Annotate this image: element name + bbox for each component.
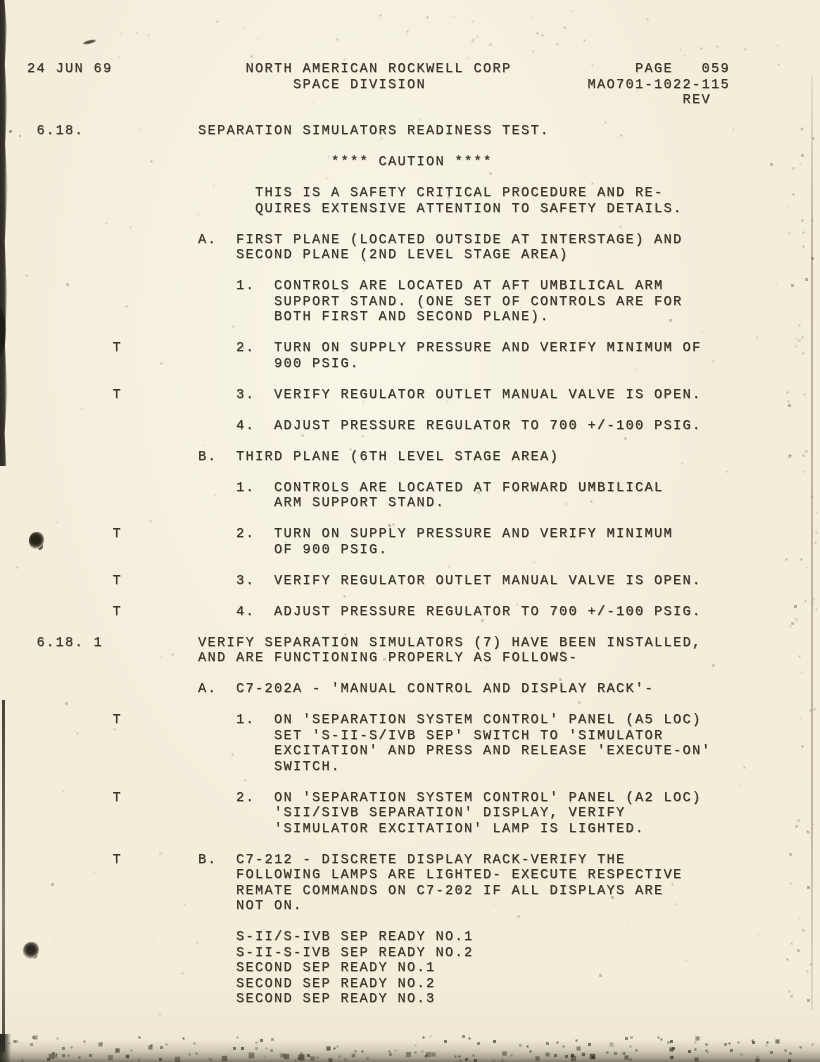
doc-line: BOTH FIRST AND SECOND PLANE).	[0, 310, 820, 326]
doc-line: A.C7-202A - 'MANUAL CONTROL AND DISPLAY …	[0, 682, 820, 698]
page-label: PAGE	[635, 62, 673, 78]
doc-line: 900 PSIG.	[0, 357, 820, 373]
step-number: 4.	[236, 605, 255, 621]
lamp-name: SECOND SEP READY NO.2	[236, 977, 436, 993]
doc-line: 'SII/SIVB SEPARATION' DISPLAY, VERIFY	[0, 806, 820, 822]
doc-line: T3.VERIFY REGULATOR OUTLET MANUAL VALVE …	[0, 388, 820, 404]
doc-line: T2.TURN ON SUPPLY PRESSURE AND VERIFY MI…	[0, 527, 820, 543]
item-letter: B.	[198, 450, 217, 466]
t-marker: T	[113, 341, 123, 357]
stray-dot	[9, 130, 12, 133]
caution-text: THIS IS A SAFETY CRITICAL PROCEDURE AND …	[255, 186, 664, 202]
doc-line: 24 JUN 69NORTH AMERICAN ROCKWELL CORPPAG…	[0, 62, 820, 78]
doc-line: B.THIRD PLANE (6TH LEVEL STAGE AREA)	[0, 450, 820, 466]
t-marker: T	[113, 791, 123, 807]
t-marker: T	[113, 853, 123, 869]
doc-line: TB.C7-212 - DISCRETE DISPLAY RACK-VERIFY…	[0, 853, 820, 869]
step-text: ON 'SEPARATION SYSTEM CONTROL' PANEL (A5…	[274, 713, 702, 729]
step-number: 2.	[236, 791, 255, 807]
step-number: 3.	[236, 388, 255, 404]
item-letter: B.	[198, 853, 217, 869]
step-number: 1.	[236, 279, 255, 295]
doc-line: SECOND SEP READY NO.1	[0, 961, 820, 977]
doc-line: T3.VERIFY REGULATOR OUTLET MANUAL VALVE …	[0, 574, 820, 590]
section-number: 6.18.	[37, 124, 85, 140]
step-text: ADJUST PRESSURE REGULATOR TO 700 +/-100 …	[274, 605, 702, 621]
doc-line: **** CAUTION ****	[0, 155, 820, 171]
lamp-name: SECOND SEP READY NO.3	[236, 992, 436, 1008]
step-number: 2.	[236, 341, 255, 357]
section-number: 6.18. 1	[37, 636, 104, 652]
t-marker: T	[113, 605, 123, 621]
doc-line: 4.ADJUST PRESSURE REGULATOR TO 700 +/-10…	[0, 419, 820, 435]
doc-line: NOT ON.	[0, 899, 820, 915]
caution-text: QUIRES EXTENSIVE ATTENTION TO SAFETY DET…	[255, 202, 683, 218]
item-text: REMATE COMMANDS ON C7-202 IF ALL DISPLAY…	[236, 884, 664, 900]
doc-line: T2.ON 'SEPARATION SYSTEM CONTROL' PANEL …	[0, 791, 820, 807]
doc-line: SECOND SEP READY NO.3	[0, 992, 820, 1008]
lamp-name: SECOND SEP READY NO.1	[236, 961, 436, 977]
item-text: FOLLOWING LAMPS ARE LIGHTED- EXECUTE RES…	[236, 868, 683, 884]
scan-noise-bottom	[0, 0, 1, 1]
step-text: ARM SUPPORT STAND.	[274, 496, 445, 512]
doc-line: QUIRES EXTENSIVE ATTENTION TO SAFETY DET…	[0, 202, 820, 218]
doc-line: SECOND SEP READY NO.2	[0, 977, 820, 993]
doc-line: S-II-S-IVB SEP READY NO.2	[0, 946, 820, 962]
item-letter: A.	[198, 233, 217, 249]
step-text: ON 'SEPARATION SYSTEM CONTROL' PANEL (A2…	[274, 791, 702, 807]
scanned-page: 24 JUN 69NORTH AMERICAN ROCKWELL CORPPAG…	[0, 0, 820, 1062]
step-text: SUPPORT STAND. (ONE SET OF CONTROLS ARE …	[274, 295, 683, 311]
t-marker: T	[113, 574, 123, 590]
doc-line: EXCITATION' AND PRESS AND RELEASE 'EXECU…	[0, 744, 820, 760]
doc-line: OF 900 PSIG.	[0, 543, 820, 559]
rev-label: REV	[683, 93, 712, 109]
section-text: AND ARE FUNCTIONING PROPERLY AS FOLLOWS-	[198, 651, 578, 667]
item-text: SECOND PLANE (2ND LEVEL STAGE AREA)	[236, 248, 569, 264]
page-number: 059	[702, 62, 731, 78]
step-number: 3.	[236, 574, 255, 590]
item-text: C7-202A - 'MANUAL CONTROL AND DISPLAY RA…	[236, 682, 654, 698]
step-text: TURN ON SUPPLY PRESSURE AND VERIFY MINIM…	[274, 527, 673, 543]
step-text: VERIFY REGULATOR OUTLET MANUAL VALVE IS …	[274, 388, 702, 404]
step-text: VERIFY REGULATOR OUTLET MANUAL VALVE IS …	[274, 574, 702, 590]
t-marker: T	[113, 527, 123, 543]
doc-line: SUPPORT STAND. (ONE SET OF CONTROLS ARE …	[0, 295, 820, 311]
doc-line: SPACE DIVISIONMAO701-1022-115	[0, 78, 820, 94]
doc-line: 6.18.SEPARATION SIMULATORS READINESS TES…	[0, 124, 820, 140]
step-text: 'SII/SIVB SEPARATION' DISPLAY, VERIFY	[274, 806, 626, 822]
step-number: 4.	[236, 419, 255, 435]
step-text: TURN ON SUPPLY PRESSURE AND VERIFY MINIM…	[274, 341, 702, 357]
caution-heading: **** CAUTION ****	[331, 155, 493, 171]
doc-line: SECOND PLANE (2ND LEVEL STAGE AREA)	[0, 248, 820, 264]
doc-line: REV	[0, 93, 820, 109]
item-text: C7-212 - DISCRETE DISPLAY RACK-VERIFY TH…	[236, 853, 626, 869]
doc-line: T2.TURN ON SUPPLY PRESSURE AND VERIFY MI…	[0, 341, 820, 357]
item-letter: A.	[198, 682, 217, 698]
doc-number: MAO701-1022-115	[588, 78, 731, 94]
doc-line: AND ARE FUNCTIONING PROPERLY AS FOLLOWS-	[0, 651, 820, 667]
header-date: 24 JUN 69	[27, 62, 113, 78]
scan-edge-left-line	[2, 700, 5, 1052]
section-title: SEPARATION SIMULATORS READINESS TEST.	[198, 124, 550, 140]
step-text: CONTROLS ARE LOCATED AT AFT UMBILICAL AR…	[274, 279, 664, 295]
t-marker: T	[113, 713, 123, 729]
step-text: 'SIMULATOR EXCITATION' LAMP IS LIGHTED.	[274, 822, 645, 838]
stray-dot	[19, 135, 21, 137]
doc-line: T4.ADJUST PRESSURE REGULATOR TO 700 +/-1…	[0, 605, 820, 621]
t-marker: T	[113, 388, 123, 404]
doc-line: THIS IS A SAFETY CRITICAL PROCEDURE AND …	[0, 186, 820, 202]
doc-line: T1.ON 'SEPARATION SYSTEM CONTROL' PANEL …	[0, 713, 820, 729]
item-text: NOT ON.	[236, 899, 303, 915]
doc-line: S-II/S-IVB SEP READY NO.1	[0, 930, 820, 946]
company-name: NORTH AMERICAN ROCKWELL CORP	[246, 62, 512, 78]
scan-edge-bottom	[0, 1040, 820, 1062]
step-text: ADJUST PRESSURE REGULATOR TO 700 +/-100 …	[274, 419, 702, 435]
lamp-name: S-II/S-IVB SEP READY NO.1	[236, 930, 474, 946]
page-edge-line	[811, 76, 813, 1010]
step-text: SWITCH.	[274, 760, 341, 776]
doc-line: 1.CONTROLS ARE LOCATED AT FORWARD UMBILI…	[0, 481, 820, 497]
doc-line: 6.18. 1VERIFY SEPARATION SIMULATORS (7) …	[0, 636, 820, 652]
doc-line: REMATE COMMANDS ON C7-202 IF ALL DISPLAY…	[0, 884, 820, 900]
doc-line: FOLLOWING LAMPS ARE LIGHTED- EXECUTE RES…	[0, 868, 820, 884]
doc-line: 'SIMULATOR EXCITATION' LAMP IS LIGHTED.	[0, 822, 820, 838]
item-text: FIRST PLANE (LOCATED OUTSIDE AT INTERSTA…	[236, 233, 683, 249]
item-text: THIRD PLANE (6TH LEVEL STAGE AREA)	[236, 450, 559, 466]
lamp-name: S-II-S-IVB SEP READY NO.2	[236, 946, 474, 962]
doc-line: SWITCH.	[0, 760, 820, 776]
division-name: SPACE DIVISION	[293, 78, 426, 94]
section-text: VERIFY SEPARATION SIMULATORS (7) HAVE BE…	[198, 636, 702, 652]
step-number: 2.	[236, 527, 255, 543]
typewritten-text: 24 JUN 69NORTH AMERICAN ROCKWELL CORPPAG…	[0, 0, 820, 1062]
step-text: BOTH FIRST AND SECOND PLANE).	[274, 310, 550, 326]
step-text: CONTROLS ARE LOCATED AT FORWARD UMBILICA…	[274, 481, 664, 497]
step-number: 1.	[236, 481, 255, 497]
doc-line: ARM SUPPORT STAND.	[0, 496, 820, 512]
step-text: SET 'S-II-S/IVB SEP' SWITCH TO 'SIMULATO…	[274, 729, 664, 745]
doc-line: 1.CONTROLS ARE LOCATED AT AFT UMBILICAL …	[0, 279, 820, 295]
doc-line: SET 'S-II-S/IVB SEP' SWITCH TO 'SIMULATO…	[0, 729, 820, 745]
doc-line: A.FIRST PLANE (LOCATED OUTSIDE AT INTERS…	[0, 233, 820, 249]
step-text: EXCITATION' AND PRESS AND RELEASE 'EXECU…	[274, 744, 711, 760]
step-number: 1.	[236, 713, 255, 729]
step-text: 900 PSIG.	[274, 357, 360, 373]
step-text: OF 900 PSIG.	[274, 543, 388, 559]
